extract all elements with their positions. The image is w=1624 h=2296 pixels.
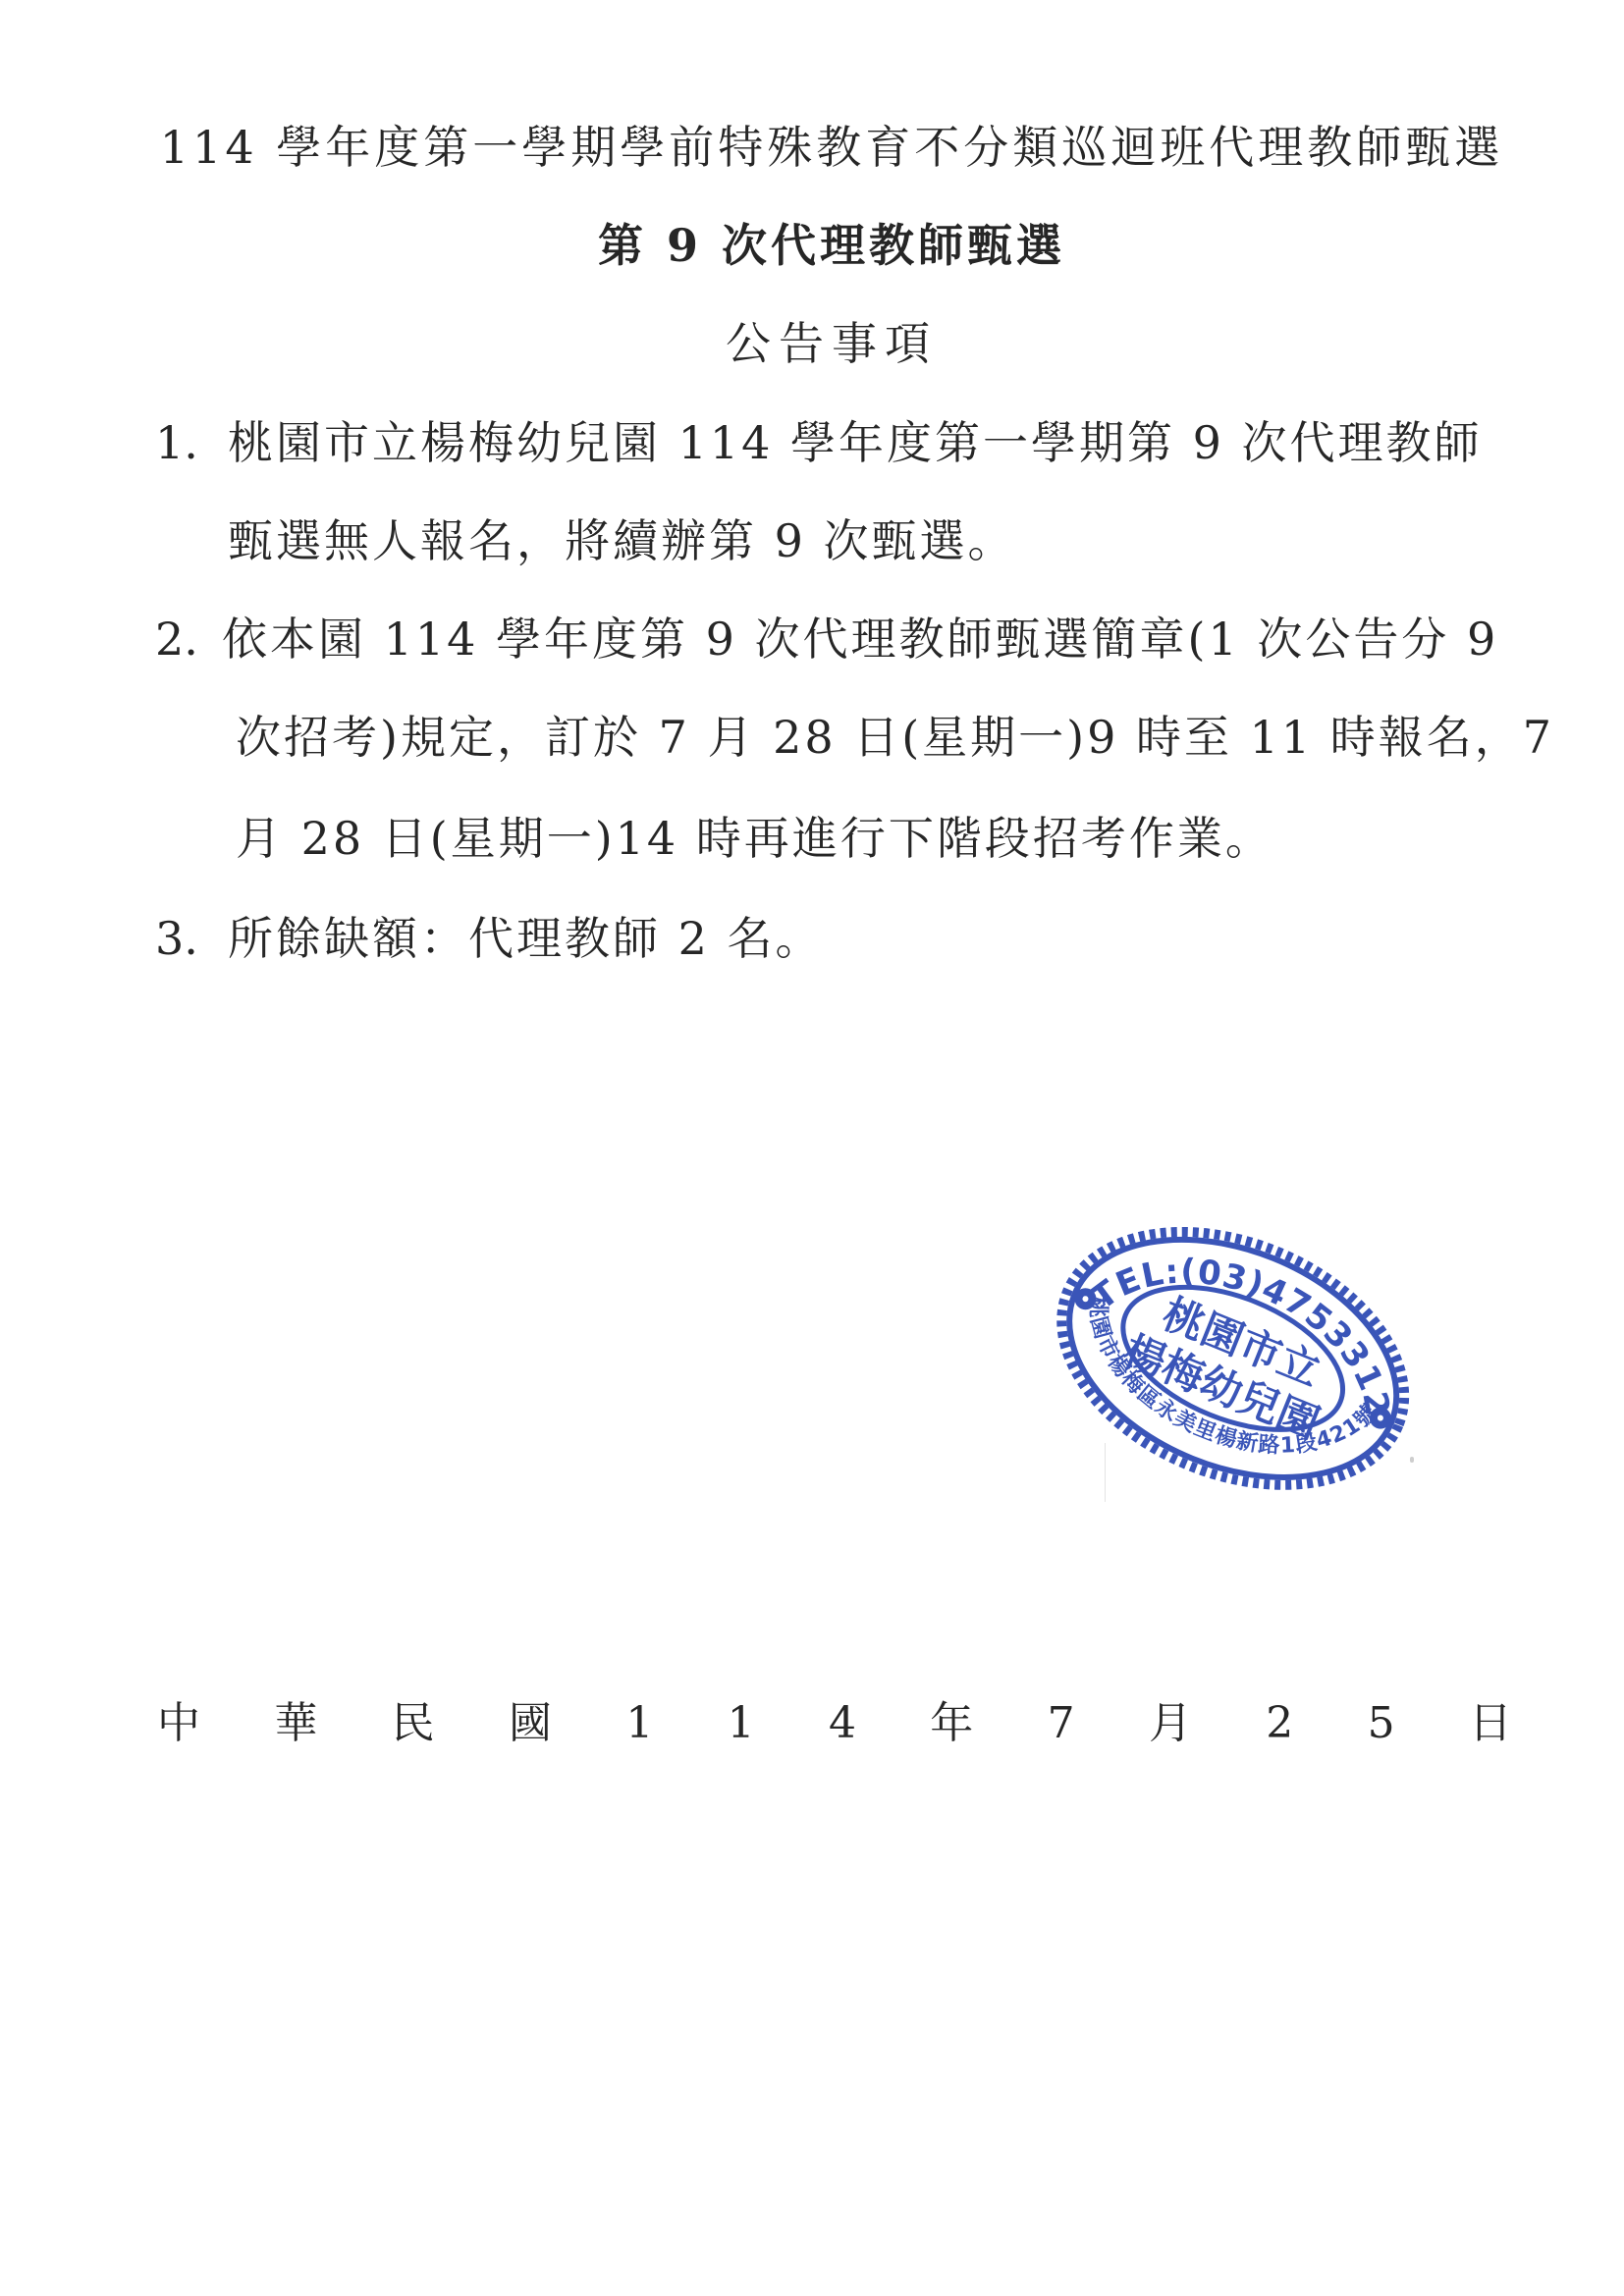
issue-date: 中 華 民 國 1 1 4 年 7 月 2 5 日 [157,1696,1512,1751]
item-line: 月 28 日(星期一)14 時再進行下階段招考作業。 [236,811,1273,866]
official-seal-stamp: TEL:(03)4753312 桃園市楊梅區永美里楊新路1段421號 桃園市立 … [1043,1209,1416,1494]
item-number: 2. [155,612,198,667]
scan-artifact-line [1105,1443,1106,1502]
date-char: 7 [1048,1696,1075,1751]
date-char: 民 [392,1696,435,1751]
item-line: 次招考)規定，訂於 7 月 28 日(星期一)9 時至 11 時報名，7 [236,710,1554,765]
item-line: 桃園市立楊梅幼兒園 114 學年度第一學期第 9 次代理教師 [228,415,1483,470]
date-char: 1 [728,1696,755,1751]
announcement-page: 114 學年度第一學期學前特殊教育不分類巡迴班代理教師甄選 第 9 次代理教師甄… [0,0,1624,2296]
date-char: 日 [1469,1696,1512,1751]
date-char: 年 [930,1696,973,1751]
date-char: 中 [157,1696,200,1751]
section-heading: 公告事項 [0,316,1624,371]
date-char: 1 [625,1696,653,1751]
item-number: 3. [155,911,198,966]
document-title: 114 學年度第一學期學前特殊教育不分類巡迴班代理教師甄選 [0,120,1624,175]
scan-artifact-speck [1410,1457,1414,1463]
item-line: 所餘缺額：代理教師 2 名。 [228,911,824,966]
date-char: 4 [829,1696,856,1751]
date-char: 華 [274,1696,317,1751]
item-line: 甄選無人報名，將續辦第 9 次甄選。 [228,513,1016,568]
date-char: 2 [1266,1696,1293,1751]
document-subtitle: 第 9 次代理教師甄選 [0,218,1624,273]
date-char: 國 [509,1696,552,1751]
item-number: 1. [155,415,198,470]
date-char: 5 [1368,1696,1395,1751]
date-char: 月 [1149,1696,1192,1751]
item-line: 依本園 114 學年度第 9 次代理教師甄選簡章(1 次公告分 9 [222,612,1498,667]
